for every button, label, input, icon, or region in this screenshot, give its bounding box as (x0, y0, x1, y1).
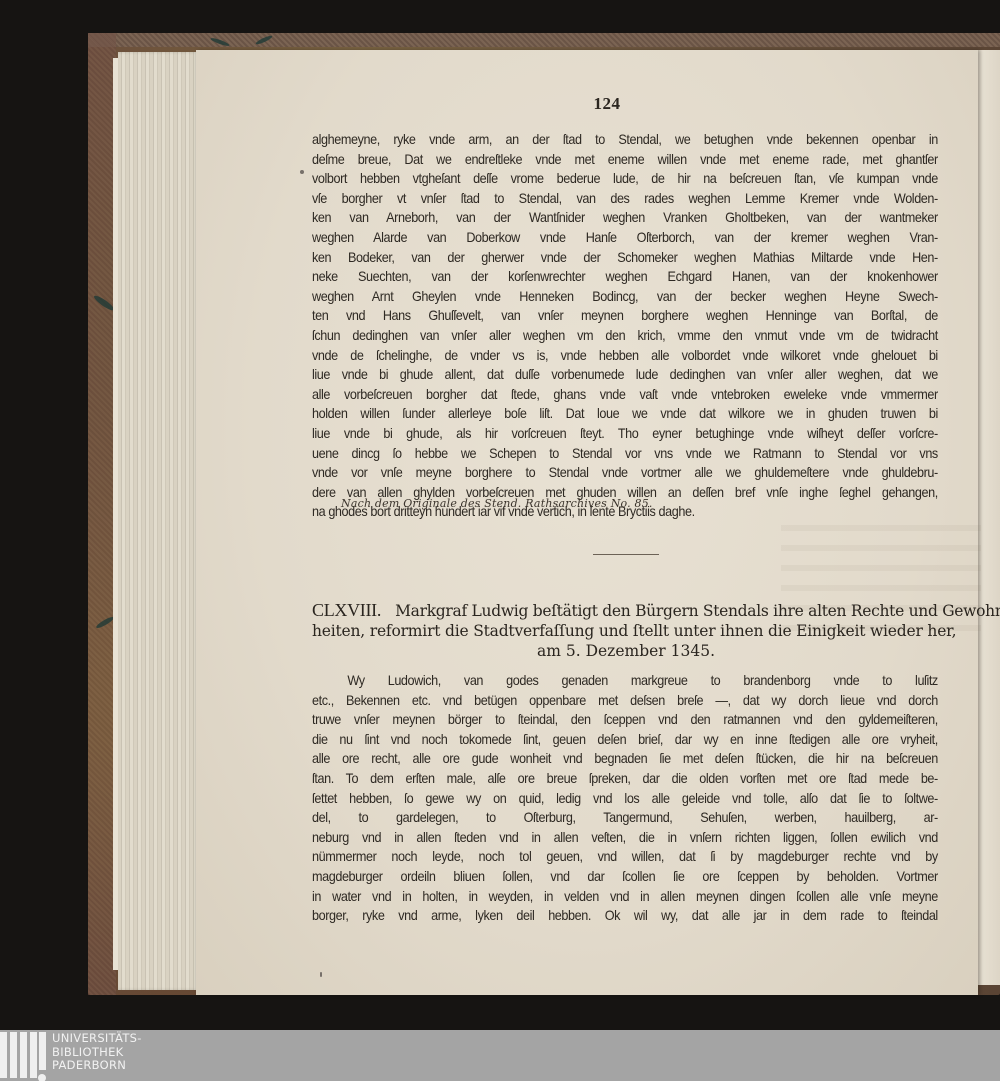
heading-date: am 5. Dezember 1345. (312, 641, 940, 661)
heading-text-1: Markgraf Ludwig beſtätigt den Bürgern St… (395, 602, 1000, 620)
text-line: truwe vnſer meynen börger to ſteindal, d… (312, 710, 938, 730)
text-line: ſchun dedinghen van vnſer aller weghen v… (312, 326, 938, 346)
library-logo-icon (0, 1032, 46, 1080)
text-line: volbort hebben vtgheſant deſſe vrome bed… (312, 169, 938, 189)
text-line: neke Suechten, van der korſenwrechter we… (312, 267, 938, 287)
library-logo-text: UNIVERSITÄTS- BIBLIOTHEK PADERBORN (52, 1032, 142, 1073)
text-line: in water vnd in holten, in weyden, in ve… (312, 887, 938, 907)
text-line: deſme breue, Dat we endreſtleke vnde met… (312, 150, 938, 170)
page-block-edges (118, 52, 198, 990)
text-line: ſettet hebben, ſo gewe wy on quid, ledig… (312, 789, 938, 809)
text-line: ſtan. To dem erſten male, alſe ore breue… (312, 769, 938, 789)
text-line: uene dincg ſo hebbe we Schepen to Stenda… (312, 444, 938, 464)
library-footer: UNIVERSITÄTS- BIBLIOTHEK PADERBORN (0, 1030, 1000, 1081)
logo-line-1: UNIVERSITÄTS- (52, 1032, 142, 1046)
text-line: weghen Arnt Gheylen vnde Henneken Bodinc… (312, 287, 938, 307)
heading-line-1: CLXVIII.Markgraf Ludwig beſtätigt den Bü… (312, 600, 940, 621)
margin-mark (300, 170, 304, 174)
text-line: vnde vor vnſe meyne borghere to Stendal … (312, 463, 938, 483)
heading-line-2: heiten, reformirt die Stadtverfaſſung un… (312, 621, 940, 641)
text-line: del, to gardelegen, to Oſterburg, Tanger… (312, 808, 938, 828)
text-line: holden willen ſunder allerleye boſe liſt… (312, 404, 938, 424)
source-note: Nach dem Originale des Stend. Rathsarchi… (341, 497, 653, 510)
text-line: magdeburger ordeiln bliuen ſollen, vnd d… (312, 867, 938, 887)
page-number: 124 (196, 94, 978, 114)
charter-2-text: Wy Ludowich, van godes genaden markgreue… (312, 671, 938, 926)
text-line: weghen Alarde van Doberkow vnde Hanſe Oſ… (312, 228, 938, 248)
text-line: vnde de ſchelinghe, de vnder vs is, vnde… (312, 346, 938, 366)
book-page: 124 alghemeyne, ryke vnde arm, an der ſt… (196, 50, 978, 995)
text-line: borger, ryke vnd arme, lyken deil hebben… (312, 906, 938, 926)
text-line: Wy Ludowich, van godes genaden markgreue… (312, 671, 938, 691)
text-line: neburg vnd in allen ſteden vnd in allen … (312, 828, 938, 848)
text-line: vſe borgher vt vnſer ſtad to Stendal, va… (312, 189, 938, 209)
charter-1-text: alghemeyne, ryke vnde arm, an der ſtad t… (312, 130, 938, 522)
text-line: ken van Arneborh, van der Wantſnider weg… (312, 208, 938, 228)
book-cover-cloth-left (88, 33, 116, 995)
logo-line-2: BIBLIOTHEK (52, 1046, 142, 1060)
text-line: alghemeyne, ryke vnde arm, an der ſtad t… (312, 130, 938, 150)
text-line: alle ore recht, alle ore gude wonheit vn… (312, 749, 938, 769)
section-separator (593, 554, 659, 555)
text-line: nümmermer noch leyde, noch tol geuen, vn… (312, 847, 938, 867)
text-line: die nu ſint vnd noch tokomede ſint, geue… (312, 730, 938, 750)
logo-line-3: PADERBORN (52, 1059, 142, 1073)
document-number: CLXVIII. (312, 600, 381, 620)
text-line: liue vnde bi ghude allent, dat duſſe vor… (312, 365, 938, 385)
text-line: alle vorbeſcreuen borgher dat ſtede, gha… (312, 385, 938, 405)
text-line: etc., Bekennen etc. vnd betügen oppenbar… (312, 691, 938, 711)
document-heading: CLXVIII.Markgraf Ludwig beſtätigt den Bü… (312, 600, 940, 661)
text-line: ten vnd Hans Ghuſſevelt, van vnſer meyne… (312, 306, 938, 326)
text-line: ken Bodeker, van der gherwer vnde der Sc… (312, 248, 938, 268)
margin-mark (320, 972, 322, 977)
text-line: liue vnde bi ghude, als hir vorſcreuen ſ… (312, 424, 938, 444)
